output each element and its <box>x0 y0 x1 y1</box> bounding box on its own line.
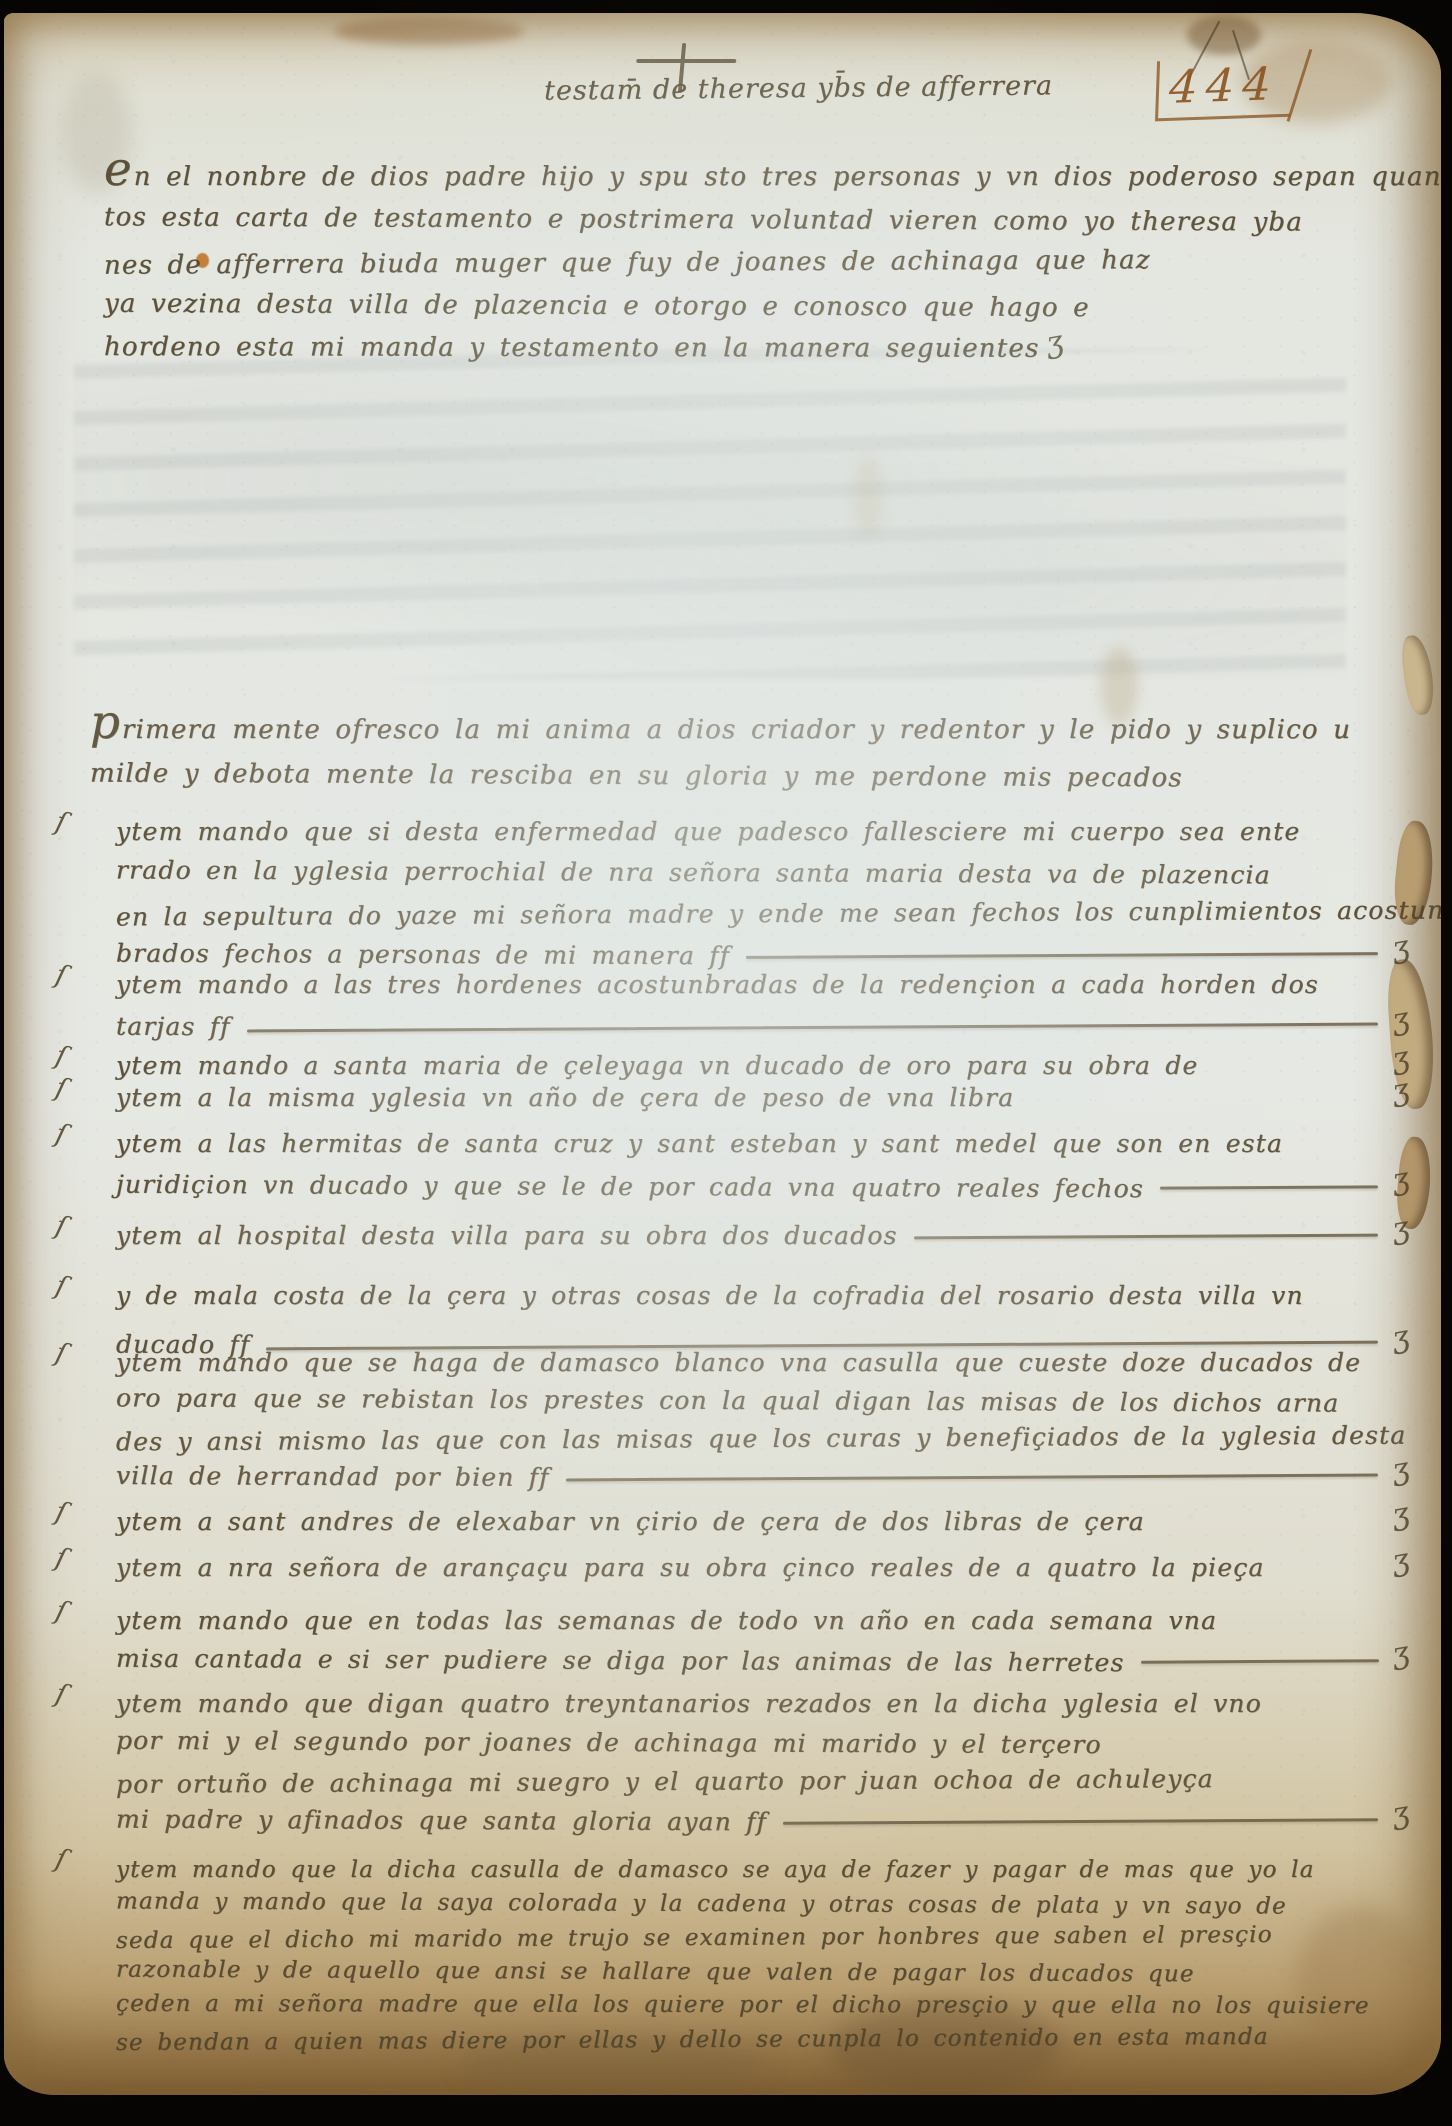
end-flourish: ʒ <box>1043 324 1066 361</box>
manuscript-line: ytem mando que digan quatro treyntanario… <box>116 1689 1262 1718</box>
manuscript-line: y de mala costa de la çera y otras cosas… <box>116 1281 1304 1310</box>
item-mark-icon: ſ <box>52 1270 69 1302</box>
manuscript-line: ytem al hospital desta villa para su obr… <box>116 1221 898 1250</box>
item-valuation: ſytem mando que la dicha casulla de dama… <box>4 1849 1413 2053</box>
manuscript-text-line: des y ansi mismo las que con las misas q… <box>4 1415 1413 1453</box>
manuscript-line: des y ansi mismo las que con las misas q… <box>116 1421 1407 1457</box>
item-chasuble: ſytem mando que se haga de damasco blanc… <box>4 1339 1413 1491</box>
manuscript-line: ytem mando que la dicha casulla de damas… <box>116 1857 1315 1883</box>
item-mark-icon: ſ <box>52 1542 69 1574</box>
manuscript-text-line: oro para que se rebistan los prestes con… <box>4 1377 1413 1415</box>
item-trentals: ſytem mando que digan quatro treyntanari… <box>4 1679 1413 1835</box>
manuscript-line: oro para que se rebistan los prestes con… <box>116 1383 1340 1417</box>
manuscript-text-line: ſytem mando que si desta enfermedad que … <box>4 805 1413 846</box>
item-hermitages: ſytem a las hermitas de santa cruz y san… <box>4 1115 1413 1201</box>
line-filler-rule <box>1141 1659 1379 1663</box>
manuscript-text-line: ſytem a sant andres de elexabar vn çirio… <box>4 1495 1413 1536</box>
manuscript-text-line: ſytem a la misma yglesia vn año de çera … <box>4 1071 1413 1112</box>
end-flourish: ʒ <box>1389 1161 1412 1198</box>
item-mark-icon: ſ <box>52 1210 69 1242</box>
manuscript-text-line: nes de afferrera biuda muger que fuy de … <box>4 235 1413 278</box>
manuscript-body: en el nonbre de dios padre hijo y spu st… <box>4 13 1441 2095</box>
manuscript-text-line: milde y debota mente la resciba en su gl… <box>4 745 1413 791</box>
manuscript-line: ytem a sant andres de elexabar vn çirio … <box>116 1507 1145 1536</box>
item-sant-andres: ſytem a sant andres de elexabar vn çirio… <box>4 1495 1413 1536</box>
item-mark-icon: ſ <box>52 959 69 991</box>
item-mark-icon: ſ <box>52 1595 69 1627</box>
manuscript-text-line: mi padre y afinados que santa gloria aya… <box>4 1796 1413 1835</box>
manuscript-line: milde y debota mente la resciba en su gl… <box>90 759 1183 794</box>
manuscript-text-line: rrado en la yglesia perrochial de nra se… <box>4 846 1413 887</box>
manuscript-line: por mi y el segundo por joanes de achina… <box>116 1726 1102 1759</box>
manuscript-text-line: razonable y de aquello que ansi se halla… <box>4 1951 1413 1985</box>
manuscript-text-line: misa cantada e si ser pudiere se diga po… <box>4 1635 1413 1675</box>
manuscript-line: çeden a mi señora madre que ella los qui… <box>116 1991 1370 2019</box>
manuscript-line: nes de afferrera biuda muger que fuy de … <box>104 245 1151 280</box>
manuscript-text-line: ſy de mala costa de la çera y otras cosa… <box>4 1261 1413 1310</box>
item-mark-icon: ſ <box>52 1678 69 1710</box>
manuscript-line: ytem a las hermitas de santa cruz y sant… <box>116 1129 1283 1158</box>
manuscript-line: en el nonbre de dios padre hijo y spu st… <box>104 153 1441 192</box>
manuscript-page: testam̄ de theresa yb̄s de afferrera 444… <box>4 13 1441 2095</box>
manuscript-line: tos esta carta de testamento e postrimer… <box>104 202 1303 237</box>
item-burial: ſytem mando que si desta enfermedad que … <box>4 805 1413 969</box>
manuscript-text-line: por ortuño de achinaga mi suegro y el qu… <box>4 1757 1413 1796</box>
item-wax-candle: ſytem a la misma yglesia vn año de çera … <box>4 1071 1413 1112</box>
item-mark-icon: ſ <box>52 806 69 838</box>
manuscript-line: en la sepultura do yaze mi señora madre … <box>116 896 1441 932</box>
manuscript-text-line: ſytem mando que se haga de damasco blanc… <box>4 1339 1413 1377</box>
manuscript-text-line: en la sepultura do yaze mi señora madre … <box>4 887 1413 928</box>
manuscript-text-line: ſytem mando que la dicha casulla de dama… <box>4 1849 1413 1883</box>
item-mark-icon: ſ <box>52 1118 69 1150</box>
manuscript-text-line: ſytem mando a las tres hordenes acostunb… <box>4 957 1413 999</box>
manuscript-line: mi padre y afinados que santa gloria aya… <box>116 1805 767 1837</box>
manuscript-text-line: se bendan a quien mas diere por ellas y … <box>4 2019 1413 2053</box>
manuscript-line: ya vezina desta villa de plazencia e oto… <box>104 289 1090 323</box>
manuscript-text-line: ſytem a nra señora de arançaçu para su o… <box>4 1541 1413 1582</box>
manuscript-line: ytem mando que si desta enfermedad que p… <box>116 817 1300 846</box>
manuscript-text-line: manda y mando que la saya colorada y la … <box>4 1883 1413 1917</box>
manuscript-text-line: ſytem a las hermitas de santa cruz y san… <box>4 1115 1413 1158</box>
invocation: en el nonbre de dios padre hijo y spu st… <box>4 149 1413 364</box>
manuscript-line: ytem a nra señora de arançaçu para su ob… <box>116 1553 1265 1582</box>
manuscript-line: juridiçion vn ducado y que se le de por … <box>116 1170 1144 1203</box>
manuscript-line: hordeno esta mi manda y testamento en la… <box>104 332 1040 364</box>
manuscript-line: razonable y de aquello que ansi se halla… <box>116 1957 1195 1988</box>
item-mark-icon: ſ <box>52 1072 69 1104</box>
manuscript-text-line: ya vezina desta villa de plazencia e oto… <box>4 278 1413 321</box>
end-flourish: ʒ <box>1389 1542 1412 1579</box>
manuscript-line: ytem mando que se haga de damasco blanco… <box>116 1348 1361 1377</box>
end-flourish: ʒ <box>1389 1451 1412 1488</box>
manuscript-text-line: primera mente ofresco la mi anima a dios… <box>4 699 1413 745</box>
manuscript-text-line: hordeno esta mi manda y testamento en la… <box>4 321 1413 364</box>
end-flourish: ʒ <box>1389 1496 1412 1533</box>
manuscript-line: primera mente ofresco la mi anima a dios… <box>90 706 1351 745</box>
manuscript-line: ytem mando a las tres hordenes acostunbr… <box>116 970 1319 999</box>
item-mark-icon: ſ <box>52 1496 69 1528</box>
manuscript-text-line: seda que el dicho mi marido me trujo se … <box>4 1917 1413 1951</box>
manuscript-line: misa cantada e si ser pudiere se diga po… <box>116 1644 1125 1677</box>
manuscript-text-line: çeden a mi señora madre que ella los qui… <box>4 1985 1413 2019</box>
manuscript-line: se bendan a quien mas diere por ellas y … <box>116 2024 1269 2056</box>
manuscript-text-line: villa de herrandad por bien ffʒ <box>4 1453 1413 1491</box>
item-mark-icon: ſ <box>52 1337 69 1369</box>
manuscript-line: ytem mando que en todas las semanas de t… <box>116 1606 1217 1635</box>
item-aranzazu: ſytem a nra señora de arançaçu para su o… <box>4 1541 1413 1582</box>
manuscript-line: manda y mando que la saya colorada y la … <box>116 1888 1287 1919</box>
end-flourish: ʒ <box>1389 1072 1412 1109</box>
manuscript-text-line: tos esta carta de testamento e postrimer… <box>4 192 1413 235</box>
manuscript-text-line: juridiçion vn ducado y que se le de por … <box>4 1158 1413 1201</box>
end-flourish: ʒ <box>1389 1001 1412 1038</box>
end-flourish: ʒ <box>1389 1210 1412 1247</box>
manuscript-text-line: por mi y el segundo por joanes de achina… <box>4 1718 1413 1757</box>
manuscript-line: rrado en la yglesia perrochial de nra se… <box>116 855 1271 889</box>
manuscript-text-line: ſytem mando que digan quatro treyntanari… <box>4 1679 1413 1718</box>
manuscript-text-line: ſytem mando que en todas las semanas de … <box>4 1595 1413 1635</box>
manuscript-line: ytem a la misma yglesia vn año de çera d… <box>116 1083 1014 1112</box>
item-mark-icon: ſ <box>52 1040 69 1072</box>
line-filler-rule <box>247 1023 1378 1033</box>
line-filler-rule <box>783 1818 1378 1825</box>
item-mark-icon: ſ <box>52 1843 69 1875</box>
line-filler-rule <box>914 1234 1378 1240</box>
manuscript-line: seda que el dicho mi marido me trujo se … <box>116 1922 1273 1954</box>
end-flourish: ʒ <box>1389 1635 1412 1672</box>
manuscript-text-line: ſytem al hospital desta villa para su ob… <box>4 1209 1413 1250</box>
manuscript-line: tarjas ff <box>116 1012 231 1041</box>
manuscript-line: por ortuño de achinaga mi suegro y el qu… <box>116 1764 1214 1799</box>
manuscript-text-line: tarjas ffʒ <box>4 999 1413 1041</box>
item-three-orders: ſytem mando a las tres hordenes acostunb… <box>4 957 1413 1041</box>
item-weekly-mass: ſytem mando que en todas las semanas de … <box>4 1595 1413 1675</box>
commendation: primera mente ofresco la mi anima a dios… <box>4 699 1413 791</box>
manuscript-line: villa de herrandad por bien ff <box>116 1461 550 1492</box>
scan-background: testam̄ de theresa yb̄s de afferrera 444… <box>0 0 1452 2126</box>
line-filler-rule <box>566 1474 1378 1482</box>
end-flourish: ʒ <box>1389 1795 1412 1832</box>
line-filler-rule <box>1160 1185 1378 1189</box>
item-hospital: ſytem al hospital desta villa para su ob… <box>4 1209 1413 1250</box>
manuscript-text-line: en el nonbre de dios padre hijo y spu st… <box>4 149 1413 192</box>
